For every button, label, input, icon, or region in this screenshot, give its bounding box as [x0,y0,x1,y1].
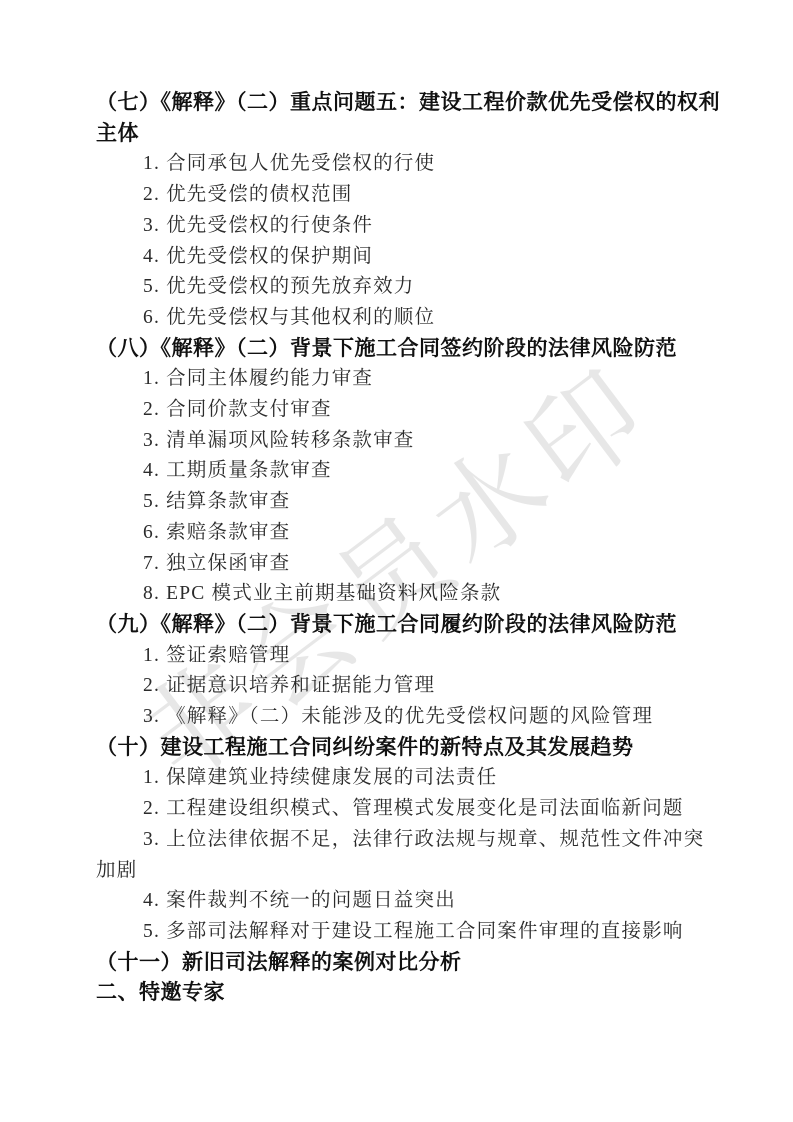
outline-item: 2. 工程建设组织模式、管理模式发展变化是司法面临新问题 [96,794,720,825]
outline-item: 1. 签证索赔管理 [96,641,720,672]
outline-item: 4. 工期质量条款审查 [96,456,720,487]
outline-item: 2. 证据意识培养和证据能力管理 [96,671,720,702]
section-heading-7: （七）《解释》（二）重点问题五：建设工程价款优先受偿权的权利主体 [96,88,720,149]
outline-item: 4. 优先受偿权的保护期间 [96,242,720,273]
outline-item: 3. 清单漏项风险转移条款审查 [96,426,720,457]
outline-item: 1. 合同主体履约能力审查 [96,364,720,395]
outline-item: 3. 上位法律依据不足，法律行政法规与规章、规范性文件冲突加剧 [96,825,720,886]
outline-item: 5. 多部司法解释对于建设工程施工合同案件审理的直接影响 [96,917,720,948]
outline-item: 8. EPC 模式业主前期基础资料风险条款 [96,579,720,610]
outline-item: 1. 合同承包人优先受偿权的行使 [96,149,720,180]
section-heading-8: （八）《解释》（二）背景下施工合同签约阶段的法律风险防范 [96,334,720,365]
section-heading-11: （十一）新旧司法解释的案例对比分析 [96,948,720,979]
outline-item: 3. 《解释》（二）未能涉及的优先受偿权问题的风险管理 [96,702,720,733]
section-heading-9: （九）《解释》（二）背景下施工合同履约阶段的法律风险防范 [96,610,720,641]
outline-item: 5. 结算条款审查 [96,487,720,518]
outline-item: 4. 案件裁判不统一的问题日益突出 [96,886,720,917]
document-outline: （七）《解释》（二）重点问题五：建设工程价款优先受偿权的权利主体 1. 合同承包… [96,88,720,1009]
section-heading-10: （十）建设工程施工合同纠纷案件的新特点及其发展趋势 [96,733,720,764]
outline-item: 1. 保障建筑业持续健康发展的司法责任 [96,763,720,794]
outline-item: 5. 优先受偿权的预先放弃效力 [96,272,720,303]
chapter-heading-2: 二、特邀专家 [96,978,720,1009]
document-page: 非会员水印 （七）《解释》（二）重点问题五：建设工程价款优先受偿权的权利主体 1… [0,0,793,1122]
outline-item: 6. 优先受偿权与其他权利的顺位 [96,303,720,334]
outline-item: 2. 优先受偿的债权范围 [96,180,720,211]
outline-item: 2. 合同价款支付审查 [96,395,720,426]
outline-item: 7. 独立保函审查 [96,549,720,580]
outline-item: 6. 索赔条款审查 [96,518,720,549]
outline-item: 3. 优先受偿权的行使条件 [96,211,720,242]
